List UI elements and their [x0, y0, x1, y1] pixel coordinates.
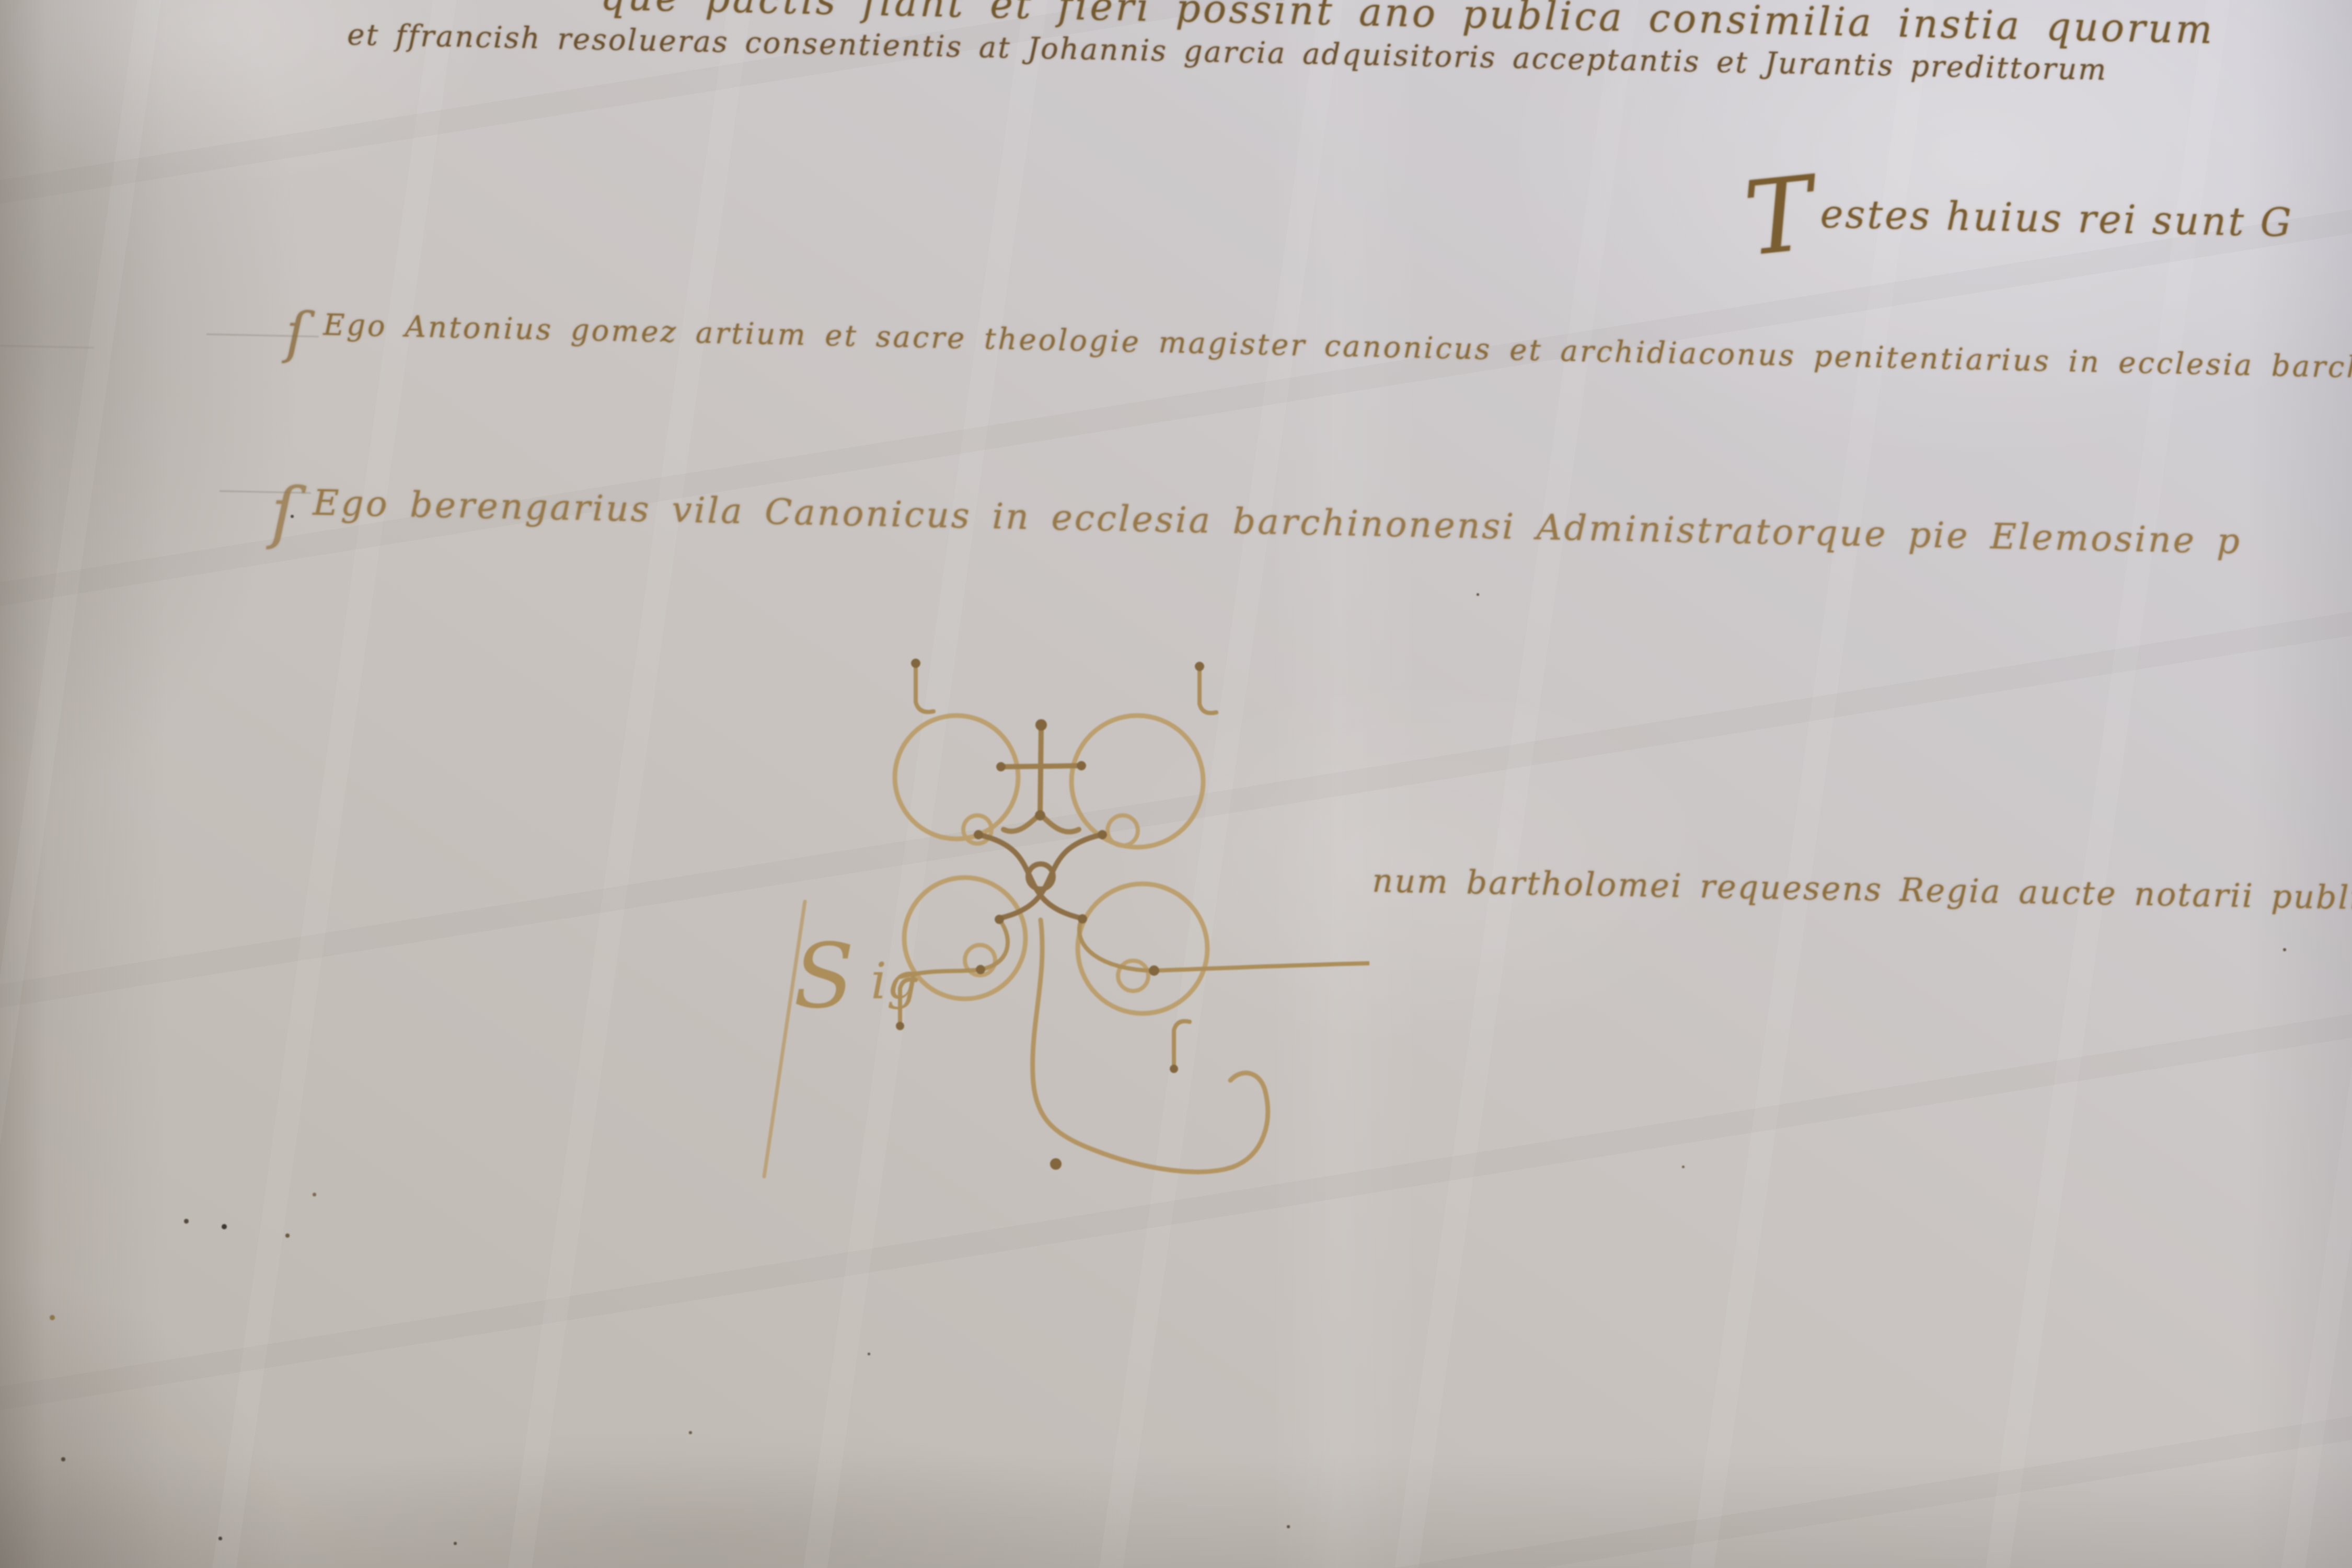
ego-berengarius-text: Ego berengarius vila Canonicus in eccles…: [313, 482, 2242, 562]
parchment-speck: [50, 1315, 55, 1320]
parchment-speck: [2283, 948, 2286, 951]
parchment-speck: [291, 515, 294, 518]
parchment-speck: [1287, 1525, 1290, 1528]
paragraph-mark: ſ: [285, 301, 309, 366]
parchment-speck: [313, 1193, 316, 1196]
signum-line-text: num bartholomei requesens Regia aucte no…: [1372, 861, 2352, 917]
parchment-speck: [1477, 593, 1479, 596]
parchment-speck: [689, 1431, 692, 1434]
manuscript-line-ego-berengarius: ſEgo berengarius vila Canonicus in eccle…: [270, 473, 2242, 591]
parchment-speck: [222, 1224, 227, 1229]
notarial-signum: S ig: [716, 656, 1369, 1231]
parchment-speck: [868, 1353, 870, 1355]
signum-tail-flourish: [1033, 920, 1268, 1172]
testes-initial-capital: T: [1741, 175, 1818, 258]
ruling-line: [0, 345, 94, 349]
signum-lobe-nw: [895, 716, 1018, 839]
signum-interlace: [978, 835, 1102, 918]
paragraph-mark: ſ: [270, 473, 299, 552]
parchment-speck: [285, 1233, 290, 1238]
parchment-photo: que pactis fiant et fieri possint ano pu…: [0, 0, 2352, 1568]
signum-letter-s: S: [793, 925, 854, 1029]
manuscript-line-testes: Testes huius rei sunt G: [1744, 178, 2294, 264]
parchment-speck: [61, 1457, 65, 1461]
manuscript-line-ego-antonius: ſEgo Antonius gomez artium et sacre theo…: [285, 301, 2352, 410]
parchment-speck: [1682, 1166, 1685, 1168]
manuscript-line-signum-text: num bartholomei requesens Regia aucte no…: [1372, 861, 2352, 917]
signum-lobe-se: [1078, 884, 1207, 1013]
parchment-speck: [184, 1219, 189, 1224]
parchment-speck: [454, 1542, 457, 1545]
ego-antonius-text: Ego Antonius gomez artium et sacre theol…: [323, 308, 2352, 385]
signum-dots: [896, 659, 1204, 1170]
parchment-speck: [218, 1537, 222, 1540]
testes-text: estes huius rei sunt G: [1820, 192, 2293, 246]
signum-letters-ig: ig: [871, 953, 918, 1010]
